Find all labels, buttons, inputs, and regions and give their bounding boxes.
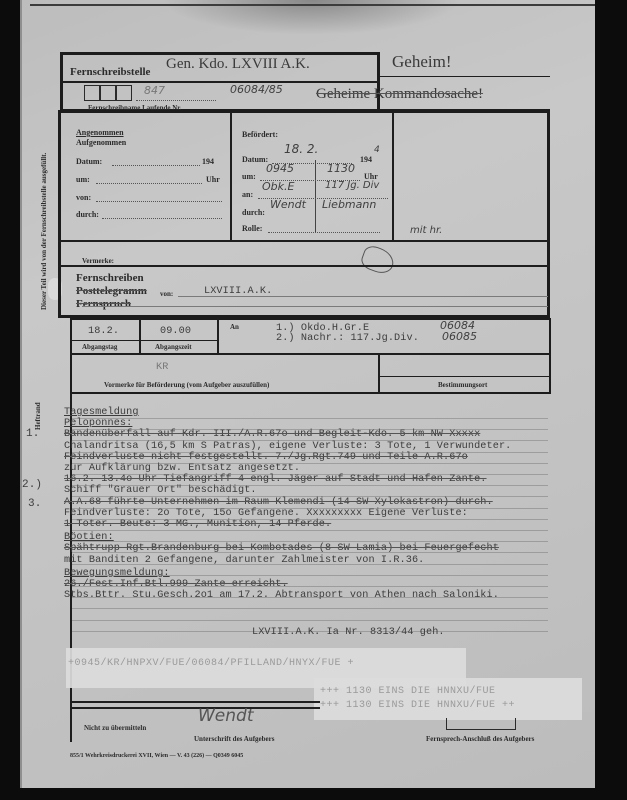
divider (230, 112, 232, 240)
classification-secret: Geheim! (392, 52, 451, 72)
ruled-line (72, 418, 548, 419)
forwarded-to-value-2: 117 Jg. Div (325, 180, 379, 191)
reference-number: LXVIII.A.K. Ia Nr. 8313/44 geh. (252, 627, 445, 638)
serial-handwritten: 847 (144, 84, 165, 97)
received-title-2: Aufgenommen (76, 138, 126, 147)
ruled-line (72, 552, 548, 553)
type-telex[interactable]: Fernschreiben (76, 272, 144, 284)
margin-mark-3: 3. (28, 498, 41, 510)
divider (380, 76, 550, 77)
margin-mark-2: 2.) (22, 479, 42, 491)
tape-text-1: +0945/KR/HNPXV/FUE/06084/PFILLAND/HNYX/F… (68, 658, 354, 669)
ruled-line (72, 519, 548, 520)
side-note: Dieser Teil wird von der Fernschreibstel… (40, 153, 48, 310)
telex-tape-strip (314, 678, 582, 720)
body-line: zur Aufklärung bzw. Entsatz angesetzt. (64, 463, 300, 474)
serial-ref-handwritten: 06084/85 (230, 83, 283, 96)
body-line: Tagesmeldung (64, 407, 139, 418)
forwarded-initials: mit hr. (410, 225, 442, 236)
forwarded-by-value-1: Wendt (270, 198, 306, 211)
forwarded-to-value-1: Obk.E (262, 180, 294, 193)
signature: Wendt (198, 706, 254, 726)
ruled-line (72, 496, 548, 497)
ruled-line (72, 463, 548, 464)
from-line-2 (82, 306, 548, 307)
telex-form-sheet: Fernschreibstelle Gen. Kdo. LXVIII A.K. … (20, 0, 595, 788)
received-date-label: Datum: (76, 157, 102, 166)
received-time-field[interactable] (96, 183, 202, 184)
body-line: Feindverluste: 2o Tote, 15o Gefangene. X… (64, 508, 468, 519)
forwarded-date-label: Datum: (242, 155, 268, 164)
type-post-telegram[interactable]: Posttelegramm (76, 285, 147, 297)
ruled-line (72, 575, 548, 576)
destination-label: Bestimmungsort (438, 381, 487, 389)
body-line: Peloponnes: (64, 418, 132, 429)
from-value: LXVIII.A.K. (204, 286, 272, 297)
received-date-field[interactable] (112, 165, 200, 166)
forwarded-role-label: Rolle: (242, 224, 262, 233)
priority-value: KR (156, 362, 168, 373)
binding-margin-label: Heftrand (34, 402, 42, 430)
routing-label: Vormerke für Beförderung (vom Aufgeber a… (104, 381, 269, 389)
received-from-field[interactable] (96, 201, 222, 202)
forwarded-year-suffix: 4 (374, 145, 380, 155)
dispatch-time-value: 09.00 (160, 326, 191, 337)
forwarded-title: Befördert: (242, 130, 278, 139)
divider (70, 707, 320, 709)
forwarded-year-label: 194 (360, 155, 372, 164)
divider (217, 318, 219, 354)
telex-code-box[interactable] (100, 85, 116, 101)
body-line: A.A.68 führte Unternehmen im Raum Klemen… (64, 497, 493, 508)
page-edge (30, 4, 595, 6)
ruled-line (72, 508, 548, 509)
signature-label: Unterschrift des Aufgebers (194, 735, 275, 743)
divider (392, 112, 394, 240)
divider (58, 240, 550, 242)
ruled-line (72, 564, 548, 565)
divider (139, 318, 141, 354)
divider (315, 160, 316, 232)
ruled-line (72, 620, 548, 621)
divider (378, 353, 380, 394)
ruled-line (72, 541, 548, 542)
recipient-label: An (230, 323, 239, 331)
body-line: Bewegungsmeldung: (64, 568, 170, 579)
body-line: Schiff "Grauer Ort" beschädigt. (64, 485, 257, 496)
received-by-field[interactable] (102, 218, 222, 219)
received-title-1: Angenommen (76, 128, 124, 137)
remarks-label: Vermerke: (82, 257, 114, 265)
recipient-2: 2.) Nachr.: 117.Jg.Div. (276, 333, 419, 344)
body-line: 26./Fest.Inf.Btl.999 Zante erreicht. (64, 579, 288, 590)
ruled-line (72, 530, 548, 531)
phone-number-boxes[interactable] (446, 718, 516, 730)
forwarded-by-value-2: Liebmann (322, 198, 376, 211)
ruled-line (72, 485, 548, 486)
ruled-line (72, 597, 548, 598)
ruled-line (72, 440, 548, 441)
forwarded-date-value: 18. 2. (284, 142, 318, 156)
station-label: Fernschreibstelle (70, 66, 150, 78)
divider (70, 701, 320, 703)
ruled-line (72, 429, 548, 430)
from-label: von: (160, 290, 173, 298)
classification-top-secret: Geheime Kommandosache! (316, 86, 483, 103)
station-value: Gen. Kdo. LXVIII A.K. (166, 56, 310, 73)
body-line: Stbs.Bttr. Stu.Gesch.2o1 am 17.2. Abtran… (64, 590, 499, 601)
telex-code-box[interactable] (116, 85, 132, 101)
divider (58, 265, 550, 267)
ruled-line (72, 474, 548, 475)
divider (378, 376, 551, 377)
forwarded-role-field[interactable] (268, 232, 380, 233)
ruled-line (72, 586, 548, 587)
body-line: 16.2. 13.4o Uhr Tiefangriff 4 engl. Jäge… (64, 474, 487, 485)
type-phone-message[interactable]: Fernspruch (76, 298, 131, 310)
body-line: Bandenüberfall auf Kdr. III./A.R.67o und… (64, 429, 480, 440)
forwarded-to-label: an: (242, 190, 253, 199)
divider (70, 340, 218, 341)
telex-code-box[interactable] (84, 85, 100, 101)
tape-text-2: +++ 1130 EINS DIE HNNXU/FUE (320, 686, 496, 697)
ruled-line (72, 452, 548, 453)
received-time-label: um: (76, 175, 90, 184)
margin-mark-1: 1. (26, 428, 39, 440)
serial-line (136, 100, 216, 101)
body-line: 1 Toter. Beute: 3 MG., Munition, 14 Pfer… (64, 519, 331, 530)
phone-label: Fernsprech-Anschluß des Aufgebers (426, 735, 534, 743)
recipient-2-handwritten: 06085 (442, 330, 477, 343)
forwarded-by-label: durch: (242, 208, 265, 217)
received-year-label: 194 (202, 157, 214, 166)
body-line: Feindverluste nicht festgestellt. 7./Jg.… (64, 452, 468, 463)
forwarded-time-label: um: (242, 172, 256, 181)
body-line: Chalandritsa (16,5 km S Patras), eigene … (64, 441, 511, 452)
received-from-label: von: (76, 193, 91, 202)
divider (70, 353, 551, 355)
dispatch-time-label: Abgangszeit (155, 343, 192, 351)
forwarded-time-value-1: 0945 (266, 162, 294, 175)
not-transmit-label: Nicht zu übermitteln (84, 724, 146, 732)
dispatch-day-value: 18.2. (88, 326, 119, 337)
dispatch-day-label: Abgangstag (82, 343, 117, 351)
received-by-label: durch: (76, 210, 99, 219)
divider (60, 81, 380, 83)
tape-text-3: +++ 1130 EINS DIE HNNXU/FUE ++ (320, 700, 515, 711)
print-info: 855/1 Wehrkreisdruckerei XVII, Wien — V.… (70, 753, 243, 759)
forwarded-time-value-2: 1130 (327, 162, 355, 175)
ruled-line (72, 608, 548, 609)
received-uhr-label: Uhr (206, 175, 220, 184)
